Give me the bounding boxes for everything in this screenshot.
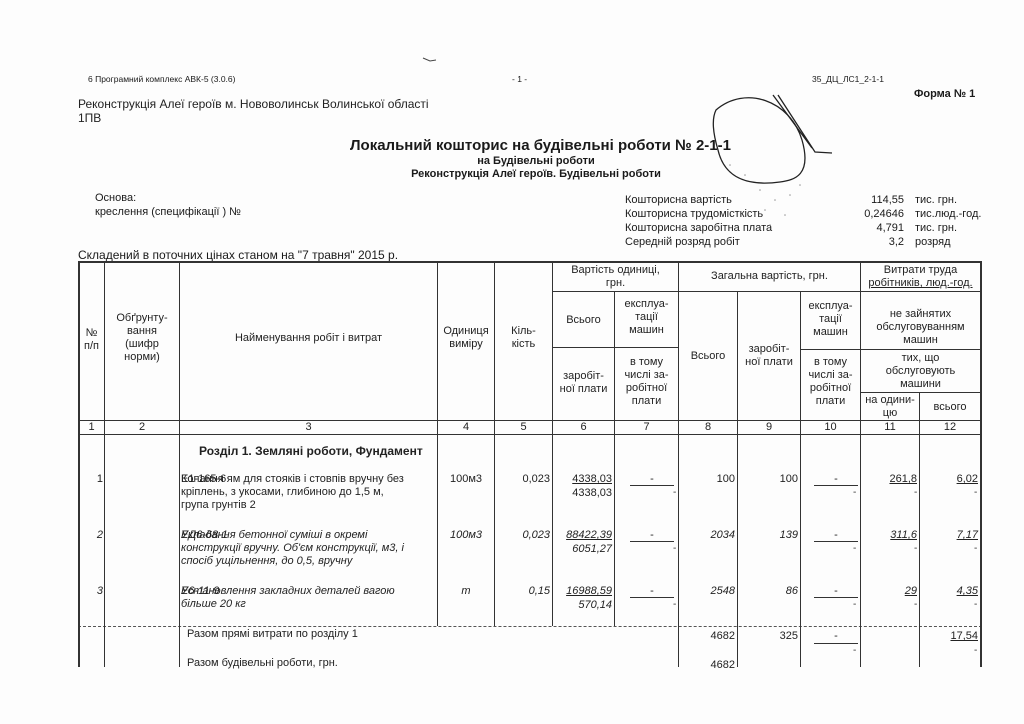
summary-value: 4,791 [820, 222, 904, 234]
row-quantity: 0,023 [495, 473, 550, 486]
row-total-mach-wages: - [853, 599, 856, 610]
totals-labor: 17,54 [920, 630, 978, 643]
row-description: Укладання бетонної суміші в окреміконстр… [181, 529, 404, 568]
row-total: 100 [679, 473, 735, 486]
row-unit-wages: 6051,27 [553, 543, 612, 556]
summary-label: Кошторисна заробітна плата [625, 222, 772, 234]
row-labor-total: 7,17 [920, 529, 978, 542]
row-total-wages: 86 [738, 585, 798, 598]
summary-value: 0,24646 [820, 208, 904, 220]
row-description: Копання ям для стояків і стовпів вручну … [181, 473, 404, 512]
section-title: Розділ 1. Земляні роботи, Фундамент [199, 445, 423, 458]
summary-label: Середній розряд робіт [625, 236, 740, 248]
header-qty: Кіль- кість [495, 325, 552, 351]
row-unit-mach: - [630, 585, 674, 598]
project-subtitle: 1ПВ [78, 111, 101, 125]
row-total-wages: 139 [738, 529, 798, 542]
header-basis: Обґрунту- вання (шифр норми) [105, 312, 179, 364]
row-total-mach-wages: - [853, 543, 856, 554]
row-labor-unit: 29 [861, 585, 917, 598]
summary-unit: розряд [915, 236, 951, 248]
row-labor-unit2: - [914, 487, 917, 498]
row-unit-mach-wages: - [673, 543, 676, 554]
row-labor-total2: - [974, 599, 977, 610]
header-total-machines: експлуа- тації машин [801, 300, 860, 339]
header-per-unit: на одини- цю [861, 394, 919, 420]
header-name: Найменування робіт і витрат [180, 332, 437, 345]
row-unit-mach-wages: - [673, 487, 676, 498]
summary-label: Кошторисна вартість [625, 194, 732, 206]
header-labor: Витрати труда робітників, люд.-год. [861, 264, 980, 290]
header-unit-cost: Вартість одиниці, грн. [553, 264, 678, 290]
prices-note: Складений в поточних цінах станом на "7 … [78, 248, 398, 262]
header-unit-all: Всього [553, 314, 614, 327]
row-unit-total: 88422,39 [553, 529, 612, 542]
grand-total-label: Разом будівельні роботи, грн. [187, 657, 338, 670]
totals-label: Разом прямі витрати по розділу 1 [187, 628, 358, 641]
row-unit: 100м3 [438, 473, 494, 486]
row-unit-total: 16988,59 [553, 585, 612, 598]
row-unit-wages: 4338,03 [553, 487, 612, 500]
totals-total: 4682 [679, 630, 735, 643]
estimate-subtitle: на Будівельні роботи [470, 155, 602, 167]
row-total-wages: 100 [738, 473, 798, 486]
page-number: - 1 - [512, 74, 527, 84]
project-title: Реконструкція Алеї героїв м. Нововолинсь… [78, 97, 429, 111]
row-labor-total2: - [974, 543, 977, 554]
row-unit-mach-wages: - [673, 599, 676, 610]
row-total-mach-wages: - [853, 487, 856, 498]
header-unit-machines: експлуа- тації машин [615, 298, 678, 337]
totals-machines: - [814, 630, 858, 643]
estimate-object: Реконструкція Алеї героїв. Будівельні ро… [396, 168, 676, 180]
row-unit-wages: 570,14 [553, 599, 612, 612]
header-total-incl-wages: в тому числі за- робітної плати [801, 356, 860, 408]
row-labor-unit2: - [914, 599, 917, 610]
row-total-mach: - [814, 473, 858, 486]
summary-unit: тис. грн. [915, 194, 957, 206]
summary-value: 114,55 [820, 194, 904, 206]
row-unit: т [438, 585, 494, 598]
header-total-all: Всього [679, 350, 737, 363]
row-quantity: 0,15 [495, 585, 550, 598]
header-total: всього [920, 401, 980, 414]
row-labor-total: 6,02 [920, 473, 978, 486]
summary-value: 3,2 [820, 236, 904, 248]
row-total-mach: - [814, 529, 858, 542]
row-unit: 100м3 [438, 529, 494, 542]
row-labor-unit: 311,6 [861, 529, 917, 542]
row-labor-total: 4,35 [920, 585, 978, 598]
software-label: 6 Програмний комплекс АВК-5 (3.0.6) [88, 74, 235, 84]
row-total: 2034 [679, 529, 735, 542]
row-number: 1 [79, 473, 103, 486]
header-total-wages: заробіт- ної плати [738, 343, 800, 369]
header-unit: Одиниця виміру [438, 325, 494, 351]
header-not-machine: не зайнятих обслуговуванням машин [861, 308, 980, 347]
document-code: 35_ДЦ_ЛС1_2-1-1 [812, 74, 884, 84]
row-number: 2 [79, 529, 103, 542]
summary-unit: тис.люд.-год. [915, 208, 981, 220]
header-unit-wages: заробіт- ної плати [553, 370, 614, 396]
form-label: Форма № 1 [914, 88, 975, 100]
row-number: 3 [79, 585, 103, 598]
row-quantity: 0,023 [495, 529, 550, 542]
row-total-mach: - [814, 585, 858, 598]
row-description: Установлення закладних деталей вагоюбіль… [181, 585, 395, 611]
row-labor-unit2: - [914, 543, 917, 554]
header-total-cost: Загальна вартість, грн. [679, 270, 860, 283]
basis-label: Основа: [95, 192, 136, 204]
summary-label: Кошторисна трудомісткість [625, 208, 763, 220]
grand-total-value: 4682 [679, 659, 735, 672]
basis-drawings: креслення (специфікації ) № [95, 206, 241, 218]
header-num: № п/п [79, 327, 104, 353]
row-labor-unit: 261,8 [861, 473, 917, 486]
row-total: 2548 [679, 585, 735, 598]
totals-wages: 325 [738, 630, 798, 643]
estimate-title: Локальний кошторис на будівельні роботи … [350, 137, 731, 154]
header-machine-workers: тих, що обслуговують машини [861, 352, 980, 391]
summary-unit: тис. грн. [915, 222, 957, 234]
row-unit-mach: - [630, 529, 674, 542]
row-unit-total: 4338,03 [553, 473, 612, 486]
header-unit-incl-wages: в тому числі за- робітної плати [615, 356, 678, 408]
row-unit-mach: - [630, 473, 674, 486]
row-labor-total2: - [974, 487, 977, 498]
